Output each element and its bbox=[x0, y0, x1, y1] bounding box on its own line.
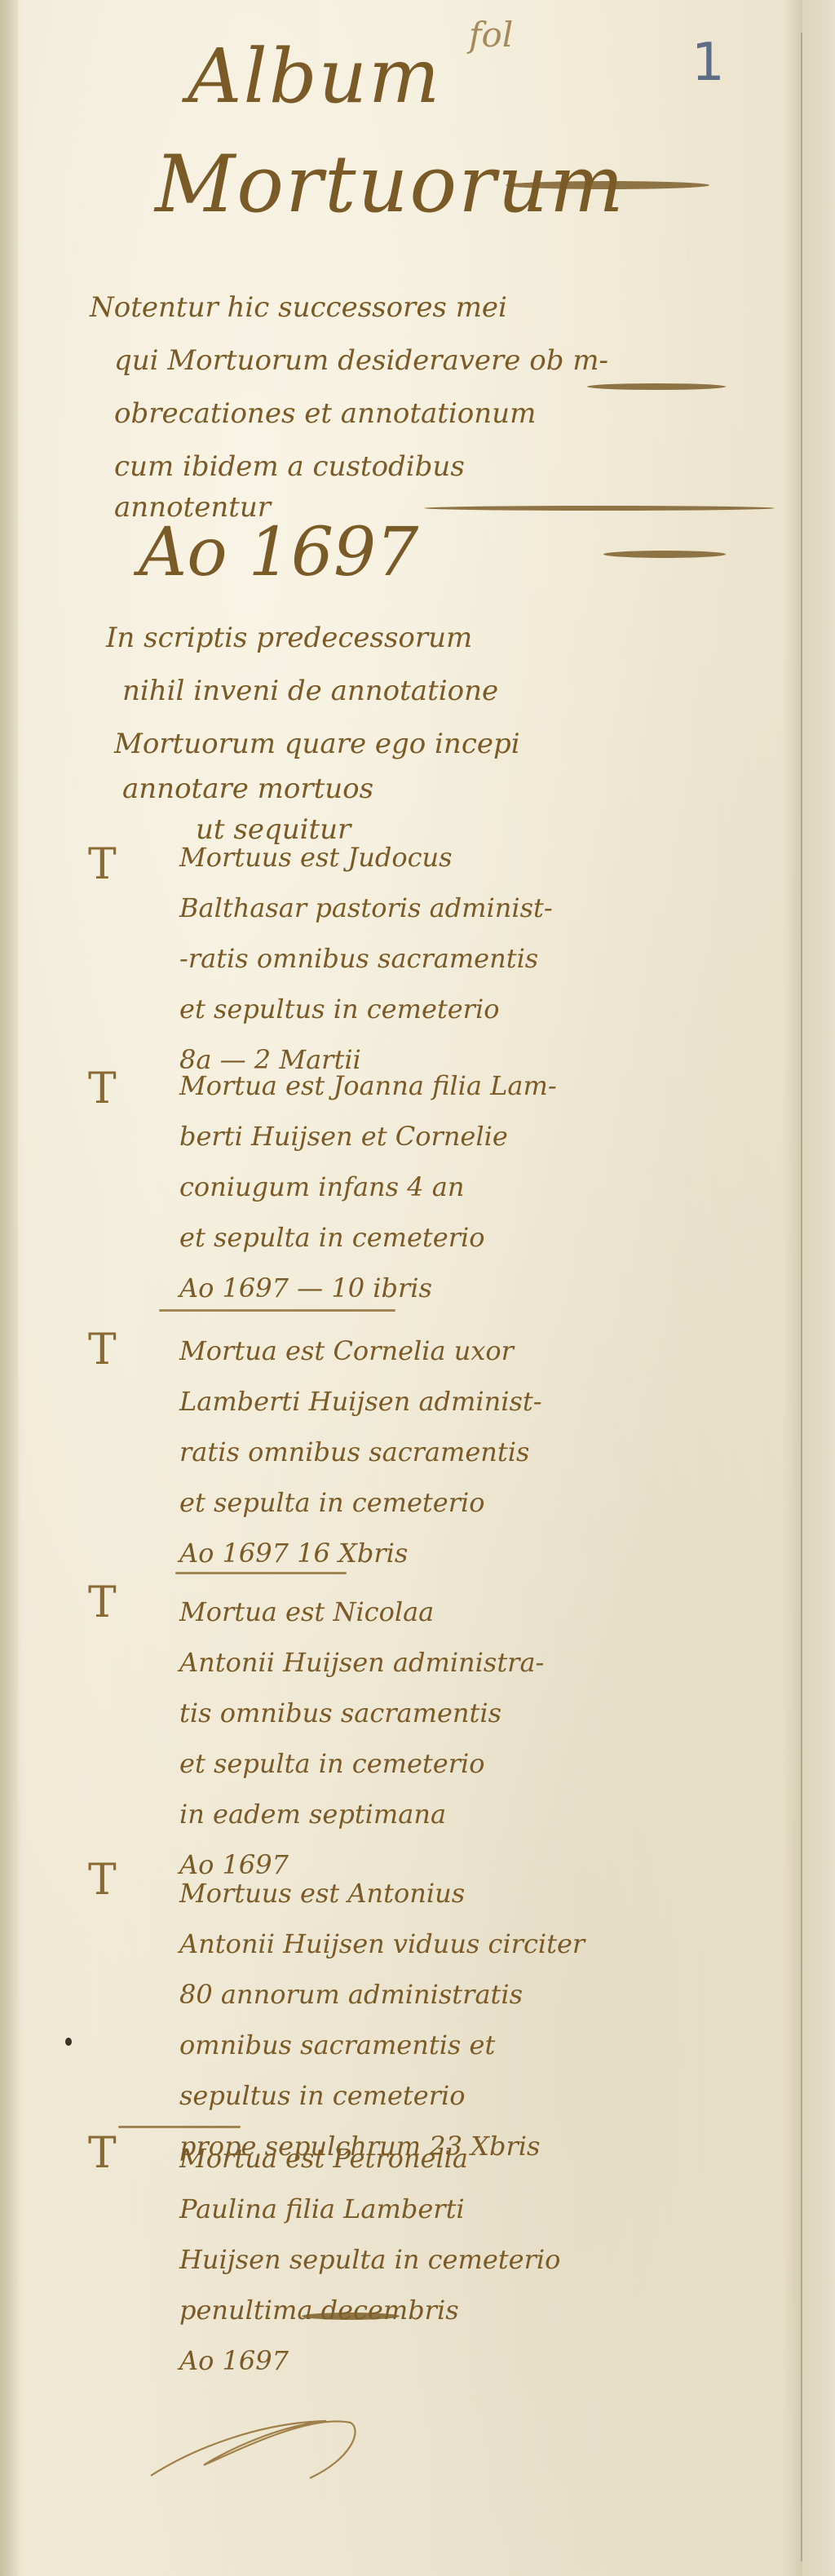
entry-line: sepultus in cemeterio bbox=[179, 2070, 585, 2121]
manuscript-page: fol 1 Album Mortuorum Notentur hic succe… bbox=[0, 0, 835, 2576]
adjacent-page-edge bbox=[802, 0, 835, 2576]
entry-marker-t: T bbox=[88, 840, 117, 889]
register-year: Ao 1697 bbox=[139, 514, 418, 591]
burial-entry: Mortua est Petronella Paulina filia Lamb… bbox=[179, 2133, 560, 2386]
title-album: Album bbox=[188, 33, 441, 120]
entry-line: coniugum infans 4 an bbox=[179, 1162, 557, 1212]
entry-line: ratis omnibus sacramentis bbox=[179, 1427, 542, 1477]
entry-line: Antonii Huijsen administra- bbox=[179, 1637, 544, 1688]
entry-line: penultima decembris bbox=[179, 2285, 560, 2335]
entry-line: Mortuus est Judocus bbox=[179, 832, 553, 883]
entry-line: Antonii Huijsen viduus circiter bbox=[179, 1919, 585, 1969]
entry-line: Mortua est Joanna filia Lam- bbox=[179, 1060, 557, 1111]
entry-divider bbox=[175, 1572, 347, 1574]
entry-line: tis omnibus sacramentis bbox=[179, 1688, 544, 1738]
entry-marker-t: T bbox=[88, 1064, 117, 1113]
entry-line: Lamberti Huijsen administ- bbox=[179, 1376, 542, 1427]
entry-line: Mortua est Petronella bbox=[179, 2133, 560, 2184]
intro-line-1: Notentur hic successores mei bbox=[90, 281, 507, 334]
entry-line: omnibus sacramentis et bbox=[179, 2020, 585, 2070]
intro-line-2: qui Mortuorum desideravere ob m- bbox=[114, 334, 608, 387]
entry-marker-t: T bbox=[88, 1326, 117, 1374]
pencil-folio-note: fol bbox=[469, 15, 513, 55]
intro-line-stroke bbox=[424, 506, 775, 511]
entry-line: Mortua est Nicolaa bbox=[179, 1587, 544, 1637]
closing-paraph-icon bbox=[147, 2414, 375, 2504]
entry-line: Balthasar pastoris administ- bbox=[179, 883, 553, 933]
entry-line: Ao 1697 16 Xbris bbox=[179, 1528, 542, 1578]
intro-line-3: obrecationes et annotationum bbox=[114, 387, 536, 440]
entry-marker-t: T bbox=[88, 2129, 117, 2178]
burial-entry: Mortua est Cornelia uxor Lamberti Huijse… bbox=[179, 1326, 542, 1578]
entry-line: et sepultus in cemeterio bbox=[179, 984, 553, 1034]
entry-line: berti Huijsen et Cornelie bbox=[179, 1111, 557, 1162]
entry-line: Paulina filia Lamberti bbox=[179, 2184, 560, 2234]
continuation-line-1: In scriptis predecessorum bbox=[106, 612, 472, 664]
entry-line: Ao 1697 — 10 ibris bbox=[179, 1263, 557, 1313]
burial-entry: Mortua est Nicolaa Antonii Huijsen admin… bbox=[179, 1587, 544, 1890]
entry-line: et sepulta in cemeterio bbox=[179, 1477, 542, 1528]
year-underline bbox=[603, 551, 726, 558]
entry-marker-t: T bbox=[88, 1856, 117, 1905]
entry-line: et sepulta in cemeterio bbox=[179, 1212, 557, 1263]
entry-line: -ratis omnibus sacramentis bbox=[179, 933, 553, 984]
entry-marker-t: T bbox=[88, 1578, 117, 1627]
entry-line: Huijsen sepulta in cemeterio bbox=[179, 2234, 560, 2285]
entry-line: in eadem septimana bbox=[179, 1789, 544, 1839]
entry-divider bbox=[159, 1309, 395, 1312]
page-fold-line bbox=[801, 33, 802, 2561]
burial-entry: Mortuus est Judocus Balthasar pastoris a… bbox=[179, 832, 553, 1085]
entry-line: Ao 1697 bbox=[179, 2335, 560, 2386]
entry-line: Mortuus est Antonius bbox=[179, 1868, 585, 1919]
burial-entry: Mortua est Joanna filia Lam- berti Huijs… bbox=[179, 1060, 557, 1313]
continuation-line-2: nihil inveni de annotatione bbox=[122, 665, 498, 717]
final-stroke bbox=[302, 2313, 400, 2320]
entry-line: et sepulta in cemeterio bbox=[179, 1738, 544, 1789]
entry-divider bbox=[118, 2126, 241, 2128]
folio-number: 1 bbox=[691, 33, 725, 93]
title-mortuorum: Mortuorum bbox=[155, 139, 625, 230]
ink-dot bbox=[65, 2038, 72, 2046]
page-left-edge bbox=[0, 0, 18, 2576]
entry-line: Mortua est Cornelia uxor bbox=[179, 1326, 542, 1376]
entry-line: 80 annorum administratis bbox=[179, 1969, 585, 2020]
